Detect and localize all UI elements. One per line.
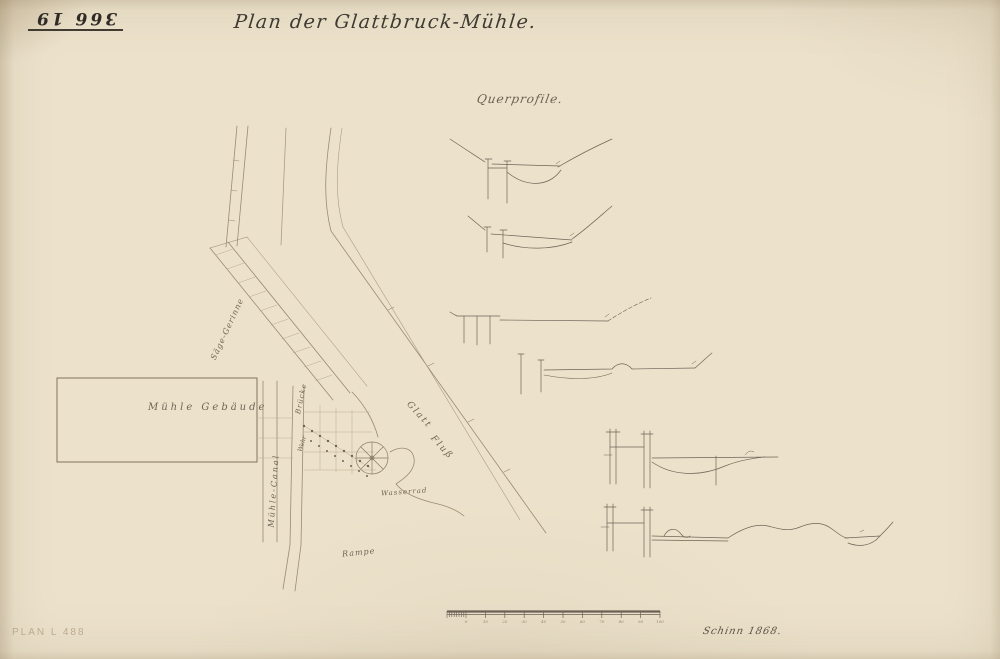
scale-tick-label: 60 xyxy=(580,619,586,624)
scale-tick-label: 80 xyxy=(619,619,625,624)
label-mill-building: Mühle Gebäude xyxy=(148,402,267,413)
water-wheel-symbol xyxy=(356,442,388,474)
scale-tick-label: 70 xyxy=(599,619,605,624)
scale-tick-label: 90 xyxy=(638,619,644,624)
scale-tick-label: 40 xyxy=(540,619,547,624)
scale-tick-label: 20 xyxy=(501,619,508,624)
scale-tick-label: 100 xyxy=(656,619,664,624)
cross-profile-3 xyxy=(450,298,651,345)
signature: Schinn 1868. xyxy=(702,626,783,637)
scale-tick-label: 30 xyxy=(522,619,528,624)
cross-profile-1 xyxy=(450,139,612,203)
cross-profile-2 xyxy=(468,206,612,258)
scale-bar-labels: 0102030405060708090100 xyxy=(465,619,665,624)
paper-sheet: 366 19 Plan der Glattbruck-Mühle. Querpr… xyxy=(0,0,1000,659)
archive-stamp: PLAN L 488 xyxy=(12,627,86,638)
cross-profile-5 xyxy=(604,429,778,488)
plan-drawing: 0102030405060708090100 xyxy=(0,0,1000,659)
scale-tick-label: 50 xyxy=(560,619,566,624)
cross-profile-4 xyxy=(518,353,712,394)
scale-tick-label: 0 xyxy=(465,619,468,624)
scale-tick-label: 10 xyxy=(483,619,489,624)
cross-profile-6 xyxy=(601,504,893,557)
site-plan xyxy=(57,126,546,591)
scale-bar: 0102030405060708090100 xyxy=(447,611,664,624)
cross-profiles xyxy=(450,139,893,557)
